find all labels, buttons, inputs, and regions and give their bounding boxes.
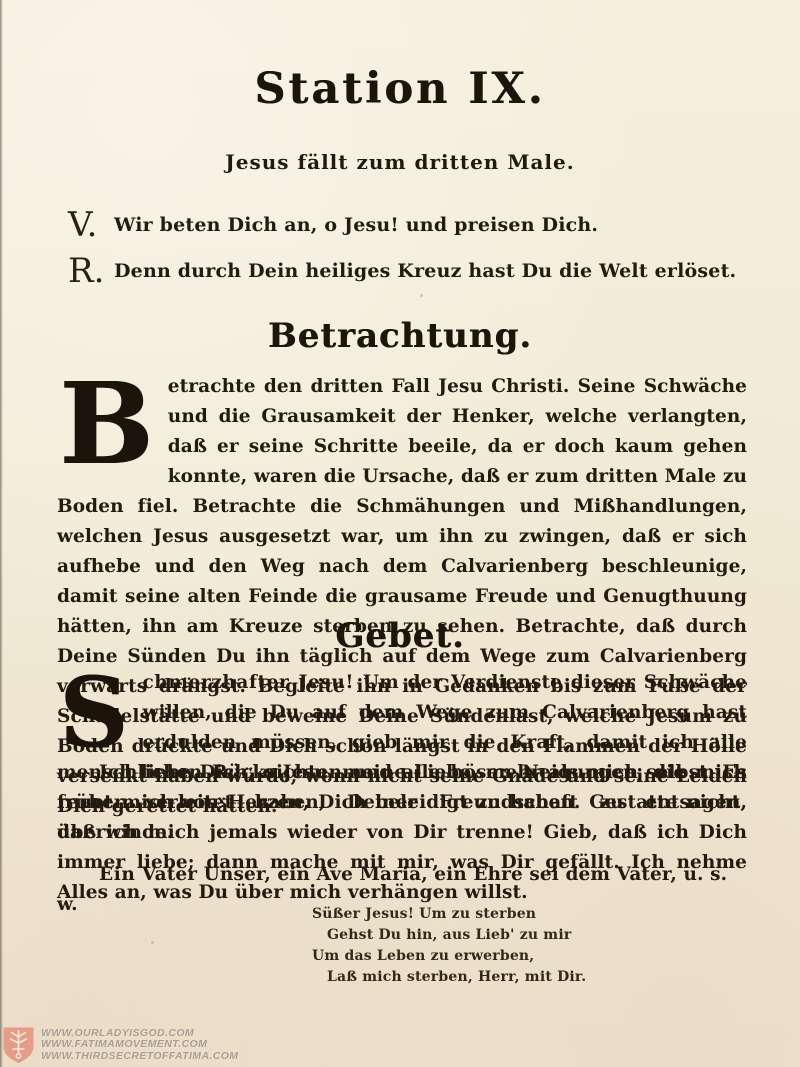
meditation-heading: Betrachtung.: [0, 316, 800, 356]
watermark-url-3: WWW.THIRDSECRETOFFATIMA.COM: [41, 1051, 238, 1063]
watermark: WWW.OURLADYISGOD.COM WWW.FATIMAMOVEMENT.…: [2, 1026, 238, 1064]
dropcap-s: S: [57, 668, 142, 752]
verse-line-4: Laß mich sterben, Herr, mit Dir.: [312, 967, 586, 988]
shield-crest-icon: [2, 1026, 35, 1064]
response-line: R. Denn durch Dein heiliges Kreuz hast D…: [68, 254, 748, 288]
prayer-lead: chmerzhafter Jesu!: [142, 672, 354, 693]
page-title: Station IX.: [0, 64, 800, 114]
verse-line-1: Süßer Jesus! Um zu sterben: [312, 904, 586, 925]
station-subtitle: Jesus fällt zum dritten Male.: [0, 150, 800, 174]
versicle-text: Wir beten Dich an, o Jesu! und preisen D…: [114, 208, 598, 242]
response-text: Denn durch Dein heiliges Kreuz hast Du d…: [114, 254, 736, 288]
response-label: R.: [68, 254, 114, 288]
paper-speck: [151, 941, 154, 944]
versicle-line: V. Wir beten Dich an, o Jesu! und preise…: [68, 208, 748, 242]
closing-lead: Ein: [99, 864, 135, 885]
verse-line-2: Gehst Du hin, aus Lieb' zu mir: [312, 925, 586, 946]
dropcap-b: B: [57, 372, 168, 472]
hymn-verse: Süßer Jesus! Um zu sterben Gehst Du hin,…: [312, 904, 586, 988]
versicle-label: V.: [68, 208, 114, 242]
responsory-block: V. Wir beten Dich an, o Jesu! und preise…: [68, 208, 748, 300]
watermark-urls: WWW.OURLADYISGOD.COM WWW.FATIMAMOVEMENT.…: [41, 1028, 238, 1063]
prayer-heading: Gebet.: [0, 616, 800, 656]
verse-line-3: Um das Leben zu erwerben,: [312, 946, 586, 967]
